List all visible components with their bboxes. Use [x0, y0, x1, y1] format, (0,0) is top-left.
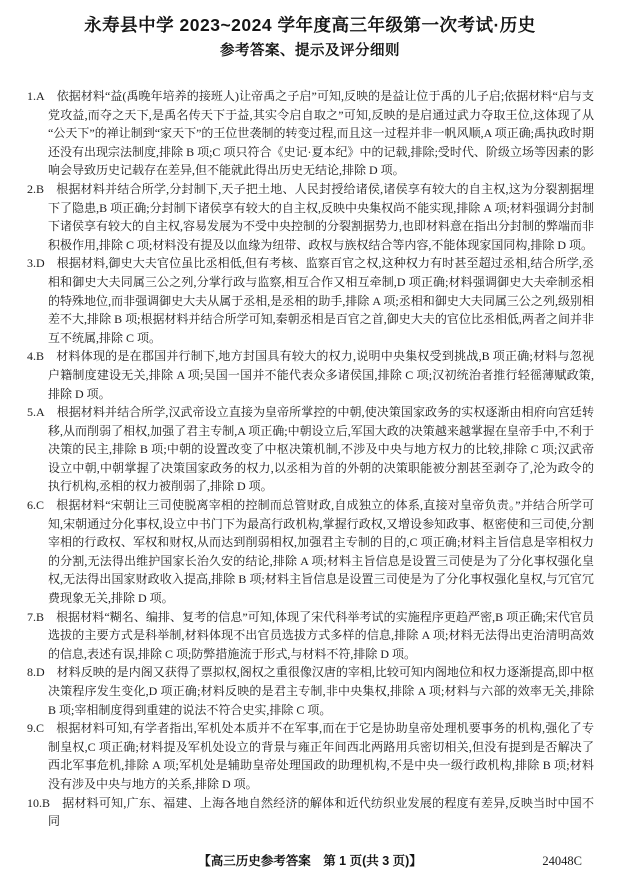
answer-explanation: 根据材料可知,有学者指出,军机处本质并不在军事,而在于它是协助皇帝处理机要事务的… — [48, 721, 594, 791]
answer-number: 7.B — [27, 610, 56, 624]
answer-item: 2.B根据材料并结合所学,分封制下,天子把土地、人民封授给诸侯,诸侯享有较大的自… — [27, 180, 594, 254]
answer-number: 1.A — [27, 89, 57, 103]
answer-number: 3.D — [27, 256, 57, 270]
answer-item: 9.C根据材料可知,有学者指出,军机处本质并不在军事,而在于它是协助皇帝处理机要… — [27, 719, 594, 793]
exam-answer-sheet-page: 永寿县中学 2023~2024 学年度高三年级第一次考试·历史 参考答案、提示及… — [0, 0, 620, 881]
answer-explanation: 据材料可知,广东、福建、上海各地自然经济的解体和近代纺织业发展的程度有差异,反映… — [48, 796, 594, 829]
answer-explanation: 材料体现的是在郡国并行制下,地方封国具有较大的权力,说明中央集权受到挑战,B 项… — [48, 349, 594, 400]
answer-item: 7.B根据材料“糊名、编排、复考的信息”可知,体现了宋代科举考试的实施程序更趋严… — [27, 608, 594, 664]
answer-explanation: 根据材料并结合所学,汉武帝设立直接为皇帝所掌控的中朝,使决策国家政务的实权逐渐由… — [48, 405, 594, 493]
answer-item: 1.A依据材料“益(禹晚年培养的接班人)让帝禹之子启”可知,反映的是益让位于禹的… — [27, 87, 594, 180]
page-footer: 【高三历史参考答案 第 1 页(共 3 页)】 24048C — [0, 852, 620, 870]
answer-explanation: 根据材料,御史大夫官位虽比丞相低,但有考核、监察百官之权,这种权力有时甚至超过丞… — [48, 256, 594, 344]
answer-number: 8.D — [27, 665, 57, 679]
answer-number: 6.C — [27, 498, 56, 512]
answer-explanation: 材料反映的是内阁又获得了票拟权,阁权之重很像汉唐的宰相,比较可知内阁地位和权力逐… — [48, 665, 594, 716]
page-header: 永寿县中学 2023~2024 学年度高三年级第一次考试·历史 参考答案、提示及… — [0, 0, 620, 61]
answer-explanation: 依据材料“益(禹晚年培养的接班人)让帝禹之子启”可知,反映的是益让位于禹的儿子启… — [48, 89, 594, 177]
answer-number: 10.B — [27, 796, 62, 810]
answer-number: 5.A — [27, 405, 57, 419]
footer-paper-code: 24048C — [542, 852, 582, 870]
answer-item: 4.B材料体现的是在郡国并行制下,地方封国具有较大的权力,说明中央集权受到挑战,… — [27, 347, 594, 403]
answer-number: 2.B — [27, 182, 56, 196]
answer-explanation: 根据材料“宋朝让三司使脱离宰相的控制而总管财政,自成独立的体系,直接对皇帝负责。… — [48, 498, 594, 605]
answer-item: 6.C根据材料“宋朝让三司使脱离宰相的控制而总管财政,自成独立的体系,直接对皇帝… — [27, 496, 594, 608]
answer-item: 8.D材料反映的是内阁又获得了票拟权,阁权之重很像汉唐的宰相,比较可知内阁地位和… — [27, 663, 594, 719]
answer-number: 9.C — [27, 721, 56, 735]
answer-list: 1.A依据材料“益(禹晚年培养的接班人)让帝禹之子启”可知,反映的是益让位于禹的… — [0, 87, 620, 831]
answer-item: 5.A根据材料并结合所学,汉武帝设立直接为皇帝所掌控的中朝,使决策国家政务的实权… — [27, 403, 594, 496]
footer-page-label: 【高三历史参考答案 第 1 页(共 3 页)】 — [0, 852, 620, 870]
answer-explanation: 根据材料并结合所学,分封制下,天子把土地、人民封授给诸侯,诸侯享有较大的自主权,… — [48, 182, 594, 252]
page-title: 永寿县中学 2023~2024 学年度高三年级第一次考试·历史 — [0, 13, 620, 37]
answer-explanation: 根据材料“糊名、编排、复考的信息”可知,体现了宋代科举考试的实施程序更趋严密,B… — [48, 610, 594, 661]
answer-item: 3.D根据材料,御史大夫官位虽比丞相低,但有考核、监察百官之权,这种权力有时甚至… — [27, 254, 594, 347]
page-subtitle: 参考答案、提示及评分细则 — [0, 41, 620, 61]
answer-number: 4.B — [27, 349, 56, 363]
answer-item: 10.B据材料可知,广东、福建、上海各地自然经济的解体和近代纺织业发展的程度有差… — [27, 794, 594, 831]
